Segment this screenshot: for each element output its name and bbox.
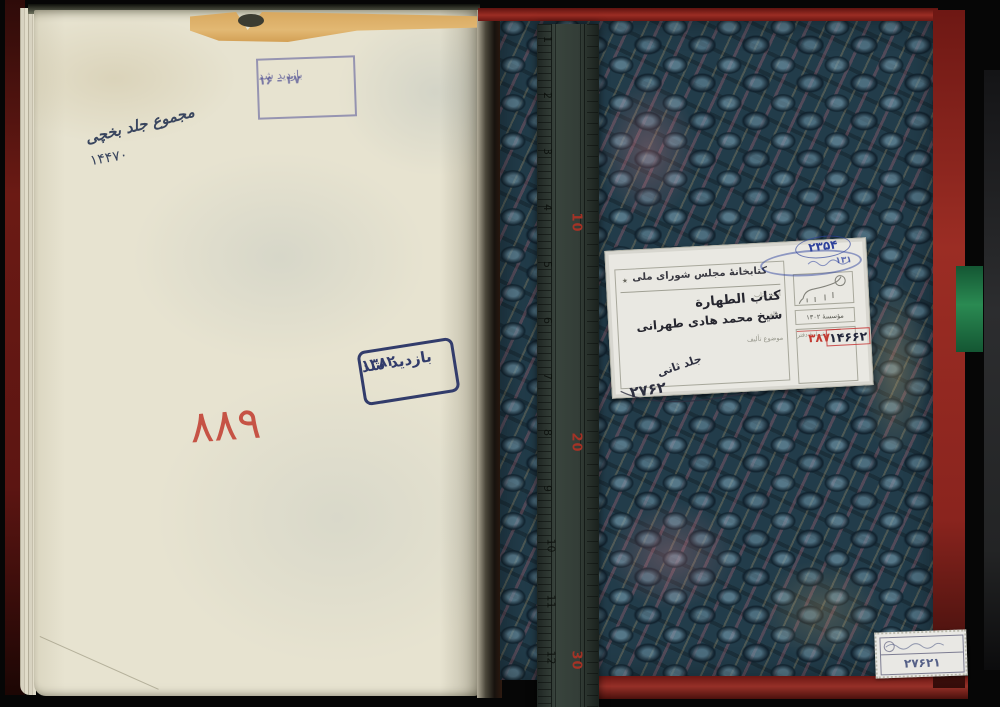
register-red-number: ۳۸۷ xyxy=(797,329,842,346)
volume-note: جلد ثانی xyxy=(656,352,704,379)
ruler-inch-number: 12 xyxy=(545,651,558,665)
ruler-cm-number: 30 xyxy=(569,650,584,670)
scan-cradle-edge xyxy=(984,70,1000,670)
marble-vein xyxy=(598,80,698,220)
small-inspection-stamp: بازدید شد ۱۶ – ۲۷ xyxy=(256,55,357,119)
ruler-cm-ticks xyxy=(587,24,598,707)
tape-notch xyxy=(238,14,264,27)
cover-bottom-red-edge xyxy=(540,676,968,699)
field-value: شیخ محمد هادی طهرانی xyxy=(635,307,782,334)
ruler-inch-number: 2 xyxy=(541,92,554,99)
ruler-inch-number: 4 xyxy=(541,204,554,211)
corner-label-header xyxy=(880,636,963,656)
ruler-cm-number: 10 xyxy=(569,212,584,232)
ruler-inch-number: 7 xyxy=(541,373,554,380)
red-shelf-number: ۸۸۹ xyxy=(188,398,262,454)
book-scan: بازدید شد ۱۶ – ۲۷ مجموع جلد بخچی ۱۴۴۷۰ ب… xyxy=(0,0,1000,707)
corner-accession-label: ۲۷۶۲۱ xyxy=(874,629,968,678)
ruler-inch-number: 10 xyxy=(545,539,558,553)
founded-year: مؤسسهٔ ۱۳۰۲ xyxy=(795,307,856,325)
ruler-inch-number: 6 xyxy=(541,317,554,324)
label-fields-box: ٭ کتابخانهٔ مجلس شورای ملی اسم کتاب کتاب… xyxy=(614,261,790,390)
field-label: موضوع تألیف xyxy=(747,334,783,344)
book-gutter xyxy=(477,10,502,698)
marble-vein xyxy=(605,500,735,610)
accession-number: ۲۷۶۲۱ xyxy=(881,655,963,672)
marble-vein xyxy=(760,560,880,660)
ruler-inch-number: 8 xyxy=(541,429,554,436)
faded-text-squiggle xyxy=(884,639,946,651)
stamp-number: ۱۶ – ۲۷ xyxy=(258,72,300,87)
ruler-inch-number: 11 xyxy=(545,595,558,609)
register-box: شمارهٔ دفتر ۱۴۶۶۲ ۳۸۷ xyxy=(796,326,859,384)
ruler-cm-number: 20 xyxy=(569,432,584,452)
ruler-inch-number: 9 xyxy=(541,485,554,492)
ruler-inch-number: 1 xyxy=(541,36,554,43)
ruler-inch-number: 5 xyxy=(541,261,554,268)
green-bookmark-tab xyxy=(956,266,983,352)
ruler-inch-number: 3 xyxy=(541,148,554,155)
corner-label-frame: ۲۷۶۲۱ xyxy=(879,635,964,676)
label-header: کتابخانهٔ مجلس شورای ملی xyxy=(615,265,783,285)
cover-top-red-edge xyxy=(478,8,938,21)
label-side-column: مؤسسهٔ ۱۳۰۲ شمارهٔ دفتر ۱۴۶۶۲ ۳۸۷ xyxy=(790,265,862,384)
stamp-number: ۱۳۱ xyxy=(835,255,852,266)
